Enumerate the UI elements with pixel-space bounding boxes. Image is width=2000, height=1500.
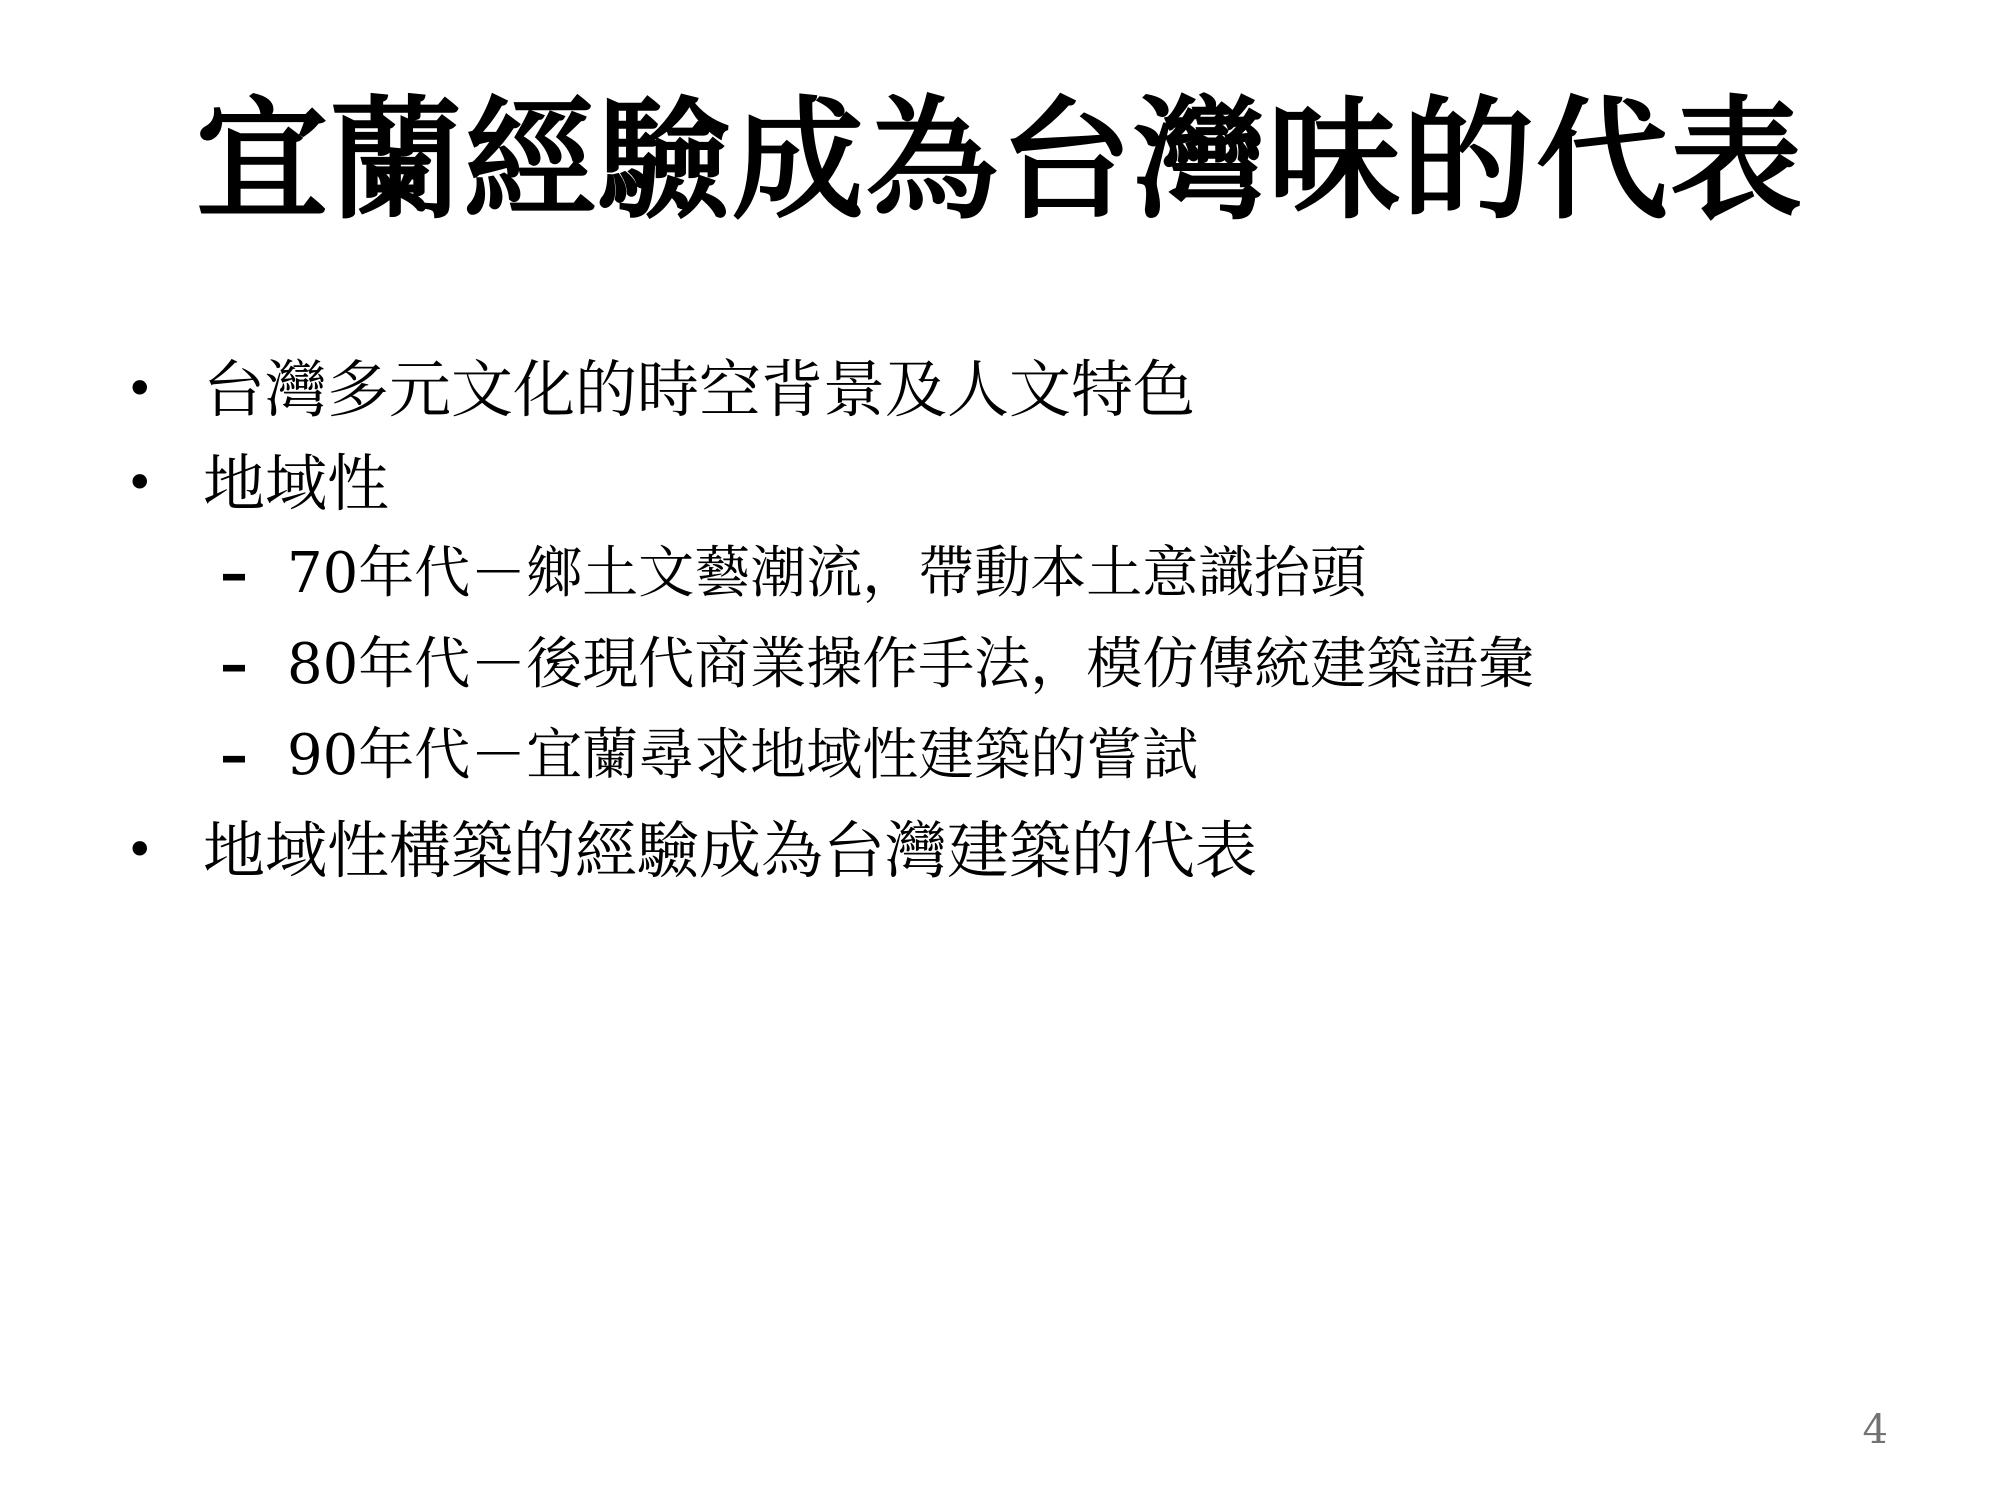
dash-icon: – xyxy=(220,540,287,607)
list-subitem: – 90年代－宜蘭尋求地域性建築的嘗試 xyxy=(220,722,1960,789)
slide-title: 宜蘭經驗成為台灣味的代表 xyxy=(0,72,2000,250)
bullet-text: 70年代－鄉土文藝潮流，帶動本土意識抬頭 xyxy=(287,540,1366,607)
page-number: 4 xyxy=(1863,1410,1888,1450)
list-item: • 地域性構築的經驗成為台灣建築的代表 xyxy=(125,813,1960,888)
presentation-slide: 宜蘭經驗成為台灣味的代表 • 台灣多元文化的時空背景及人文特色 • 地域性 – … xyxy=(0,0,2000,1500)
bullet-text: 90年代－宜蘭尋求地域性建築的嘗試 xyxy=(287,722,1198,789)
bullet-icon: • xyxy=(125,813,203,888)
list-subitem: – 70年代－鄉土文藝潮流，帶動本土意識抬頭 xyxy=(220,540,1960,607)
bullet-text: 地域性 xyxy=(203,446,389,521)
bullet-text: 台灣多元文化的時空背景及人文特色 xyxy=(203,352,1195,427)
bullet-text: 80年代－後現代商業操作手法，模仿傳統建築語彙 xyxy=(287,631,1534,698)
list-item: • 地域性 xyxy=(125,446,1960,521)
bullet-icon: • xyxy=(125,446,203,521)
list-subitem: – 80年代－後現代商業操作手法，模仿傳統建築語彙 xyxy=(220,631,1960,698)
dash-icon: – xyxy=(220,631,287,698)
bullet-icon: • xyxy=(125,352,203,427)
list-item: • 台灣多元文化的時空背景及人文特色 xyxy=(125,352,1960,427)
bullet-list: • 台灣多元文化的時空背景及人文特色 • 地域性 – 70年代－鄉土文藝潮流，帶… xyxy=(125,352,1960,907)
bullet-text: 地域性構築的經驗成為台灣建築的代表 xyxy=(203,813,1257,888)
dash-icon: – xyxy=(220,722,287,789)
